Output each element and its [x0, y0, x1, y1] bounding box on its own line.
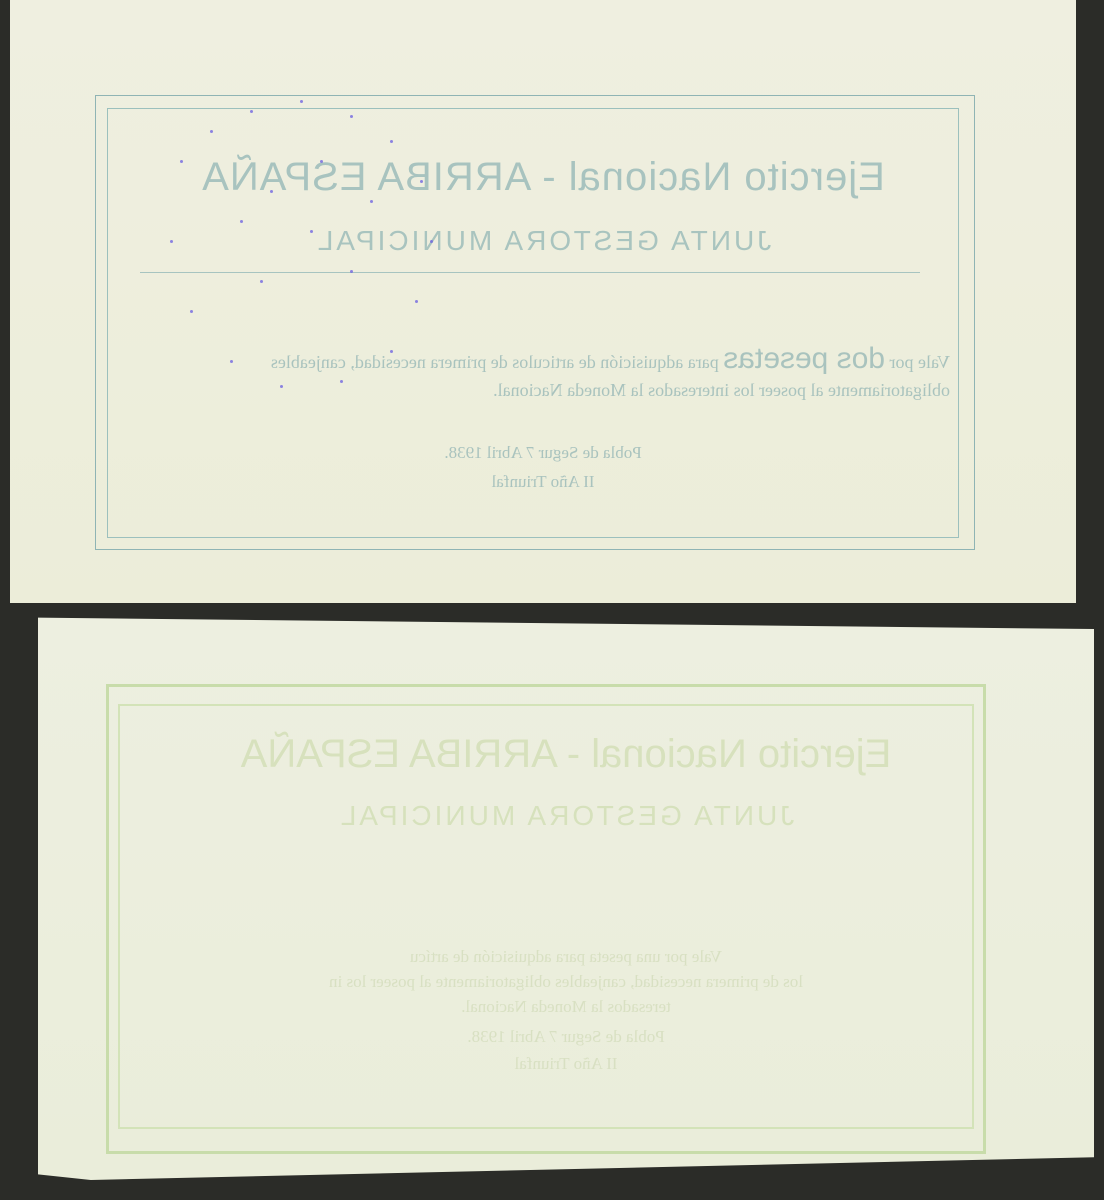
body-line-1: los de primera necesidad, canjeables obl… — [38, 972, 1094, 992]
year-line: II Año Triunfal — [38, 1054, 1094, 1074]
year-line: II Año Triunfal — [10, 472, 1076, 492]
heading-junta-gestora: JUNTA GESTORA MUNICIPAL — [38, 800, 1094, 832]
value-amount: dos pesetas — [723, 342, 885, 375]
value-line: Vale por una peseta para adquisición de … — [38, 947, 1094, 967]
violet-stamp — [150, 40, 450, 440]
banknote-bottom-reverse: Ejercito Nacional - ARRIBA ESPAÑA JUNTA … — [38, 612, 1094, 1180]
place-date: Pobla de Segur 7 Abril 1938. — [38, 1027, 1094, 1047]
value-prefix: Vale por — [890, 352, 950, 372]
place-date: Pobla de Segur 7 Abril 1938. — [10, 443, 1076, 463]
banknote-top-reverse: Ejercito Nacional - ARRIBA ESPAÑA JUNTA … — [10, 0, 1076, 603]
heading-ejercito-nacional: Ejercito Nacional - ARRIBA ESPAÑA — [38, 732, 1094, 777]
body-line-2: teresados la Moneda Nacional. — [38, 997, 1094, 1017]
